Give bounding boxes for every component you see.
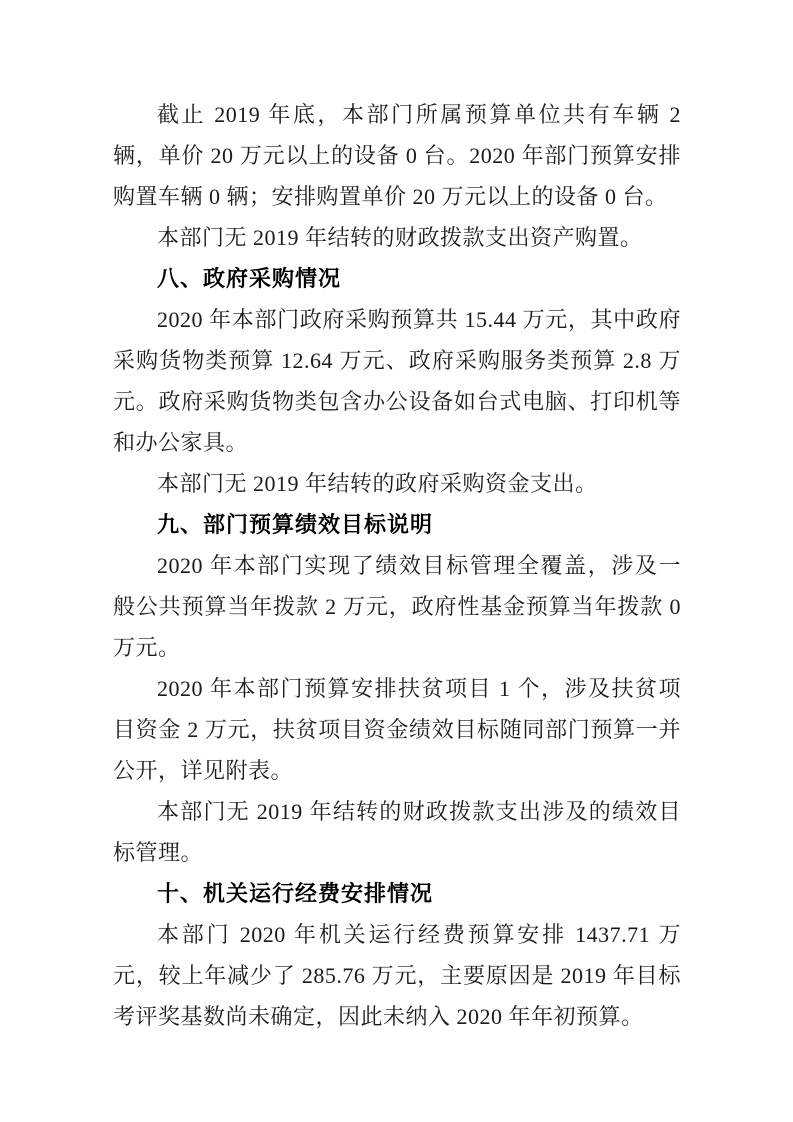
paragraph-no-carryover-performance: 本部门无 2019 年结转的财政拨款支出涉及的绩效目标管理。 [113,791,681,873]
paragraph-performance-coverage: 2020 年本部门实现了绩效目标管理全覆盖，涉及一般公共预算当年拨款 2 万元，… [113,545,681,668]
section-heading-performance: 九、部门预算绩效目标说明 [113,504,681,545]
section-heading-operating-funds: 十、机关运行经费安排情况 [113,873,681,914]
document-page: 截止 2019 年底，本部门所属预算单位共有车辆 2 辆，单价 20 万元以上的… [0,0,793,1122]
paragraph-no-carryover-assets: 本部门无 2019 年结转的财政拨款支出资产购置。 [113,217,681,258]
paragraph-operating-expense: 本部门 2020 年机关运行经费预算安排 1437.71 万元，较上年减少了 2… [113,914,681,1037]
paragraph-asset-vehicles: 截止 2019 年底，本部门所属预算单位共有车辆 2 辆，单价 20 万元以上的… [113,94,681,217]
document-body: 截止 2019 年底，本部门所属预算单位共有车辆 2 辆，单价 20 万元以上的… [113,94,681,1037]
section-heading-procurement: 八、政府采购情况 [113,258,681,299]
paragraph-no-carryover-procurement: 本部门无 2019 年结转的政府采购资金支出。 [113,463,681,504]
paragraph-poverty-project: 2020 年本部门预算安排扶贫项目 1 个，涉及扶贫项目资金 2 万元，扶贫项目… [113,668,681,791]
paragraph-procurement-budget: 2020 年本部门政府采购预算共 15.44 万元，其中政府采购货物类预算 12… [113,299,681,463]
